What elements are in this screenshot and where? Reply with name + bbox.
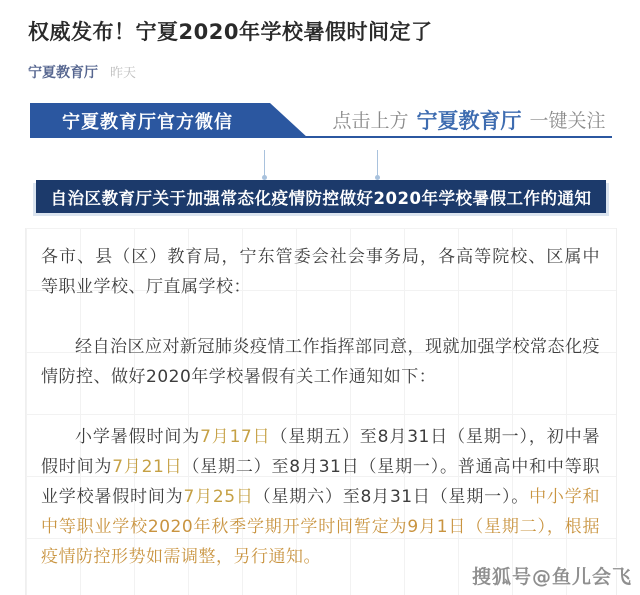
watermark: 搜狐号@鱼儿会飞 — [472, 562, 632, 589]
pin-line-left — [264, 150, 265, 177]
author-link[interactable]: 宁夏教育厅 — [28, 62, 98, 82]
pin-line-right — [377, 150, 378, 177]
notice-heading-bar: 自治区教育厅关于加强常态化疫情防控做好2020年学校暑假工作的通知 — [36, 180, 606, 213]
publish-time: 昨天 — [110, 62, 136, 81]
notice-body: 各市、县（区）教育局，宁东管委会社会事务局，各高等院校、区属中等职业学校、厅直属… — [25, 228, 617, 595]
text-segment: 小学暑假时间为 — [75, 427, 200, 447]
text-segment: 7月21日 — [112, 457, 182, 477]
text-segment: 7月25日 — [183, 487, 253, 507]
banner-cta-suffix: 一键关注 — [530, 106, 606, 133]
text-segment: 7月17日 — [200, 427, 270, 447]
text-segment: （星期六）至8月31日（星期一）。 — [254, 487, 529, 507]
text-segment: 经自治区应对新冠肺炎疫情工作指挥部同意，现就加强学校常态化疫情防控、做好2020… — [41, 337, 600, 387]
article-header: 权威发布！宁夏2020年学校暑假时间定了 宁夏教育厅 昨天 — [28, 18, 612, 82]
notice-paragraph: 小学暑假时间为7月17日（星期五）至8月31日（星期一），初中暑假时间为7月21… — [41, 422, 600, 572]
wechat-banner: 宁夏教育厅官方微信 点击上方 宁夏教育厅 一键关注 — [30, 103, 612, 138]
notice-paragraph: 各市、县（区）教育局，宁东管委会社会事务局，各高等院校、区属中等职业学校、厅直属… — [41, 242, 600, 302]
notice-heading: 自治区教育厅关于加强常态化疫情防控做好2020年学校暑假工作的通知 — [51, 185, 592, 209]
banner-cta-prefix: 点击上方 — [332, 106, 408, 133]
banner-ribbon-label: 宁夏教育厅官方微信 — [62, 108, 233, 134]
page-title: 权威发布！宁夏2020年学校暑假时间定了 — [28, 18, 612, 46]
banner-ribbon: 宁夏教育厅官方微信 — [30, 103, 308, 138]
banner-cta-account: 宁夏教育厅 — [417, 105, 522, 135]
text-segment: 各市、县（区）教育局，宁东管委会社会事务局，各高等院校、区属中等职业学校、厅直属… — [41, 247, 600, 297]
byline: 宁夏教育厅 昨天 — [28, 62, 612, 82]
notice-paragraph: 经自治区应对新冠肺炎疫情工作指挥部同意，现就加强学校常态化疫情防控、做好2020… — [41, 332, 600, 392]
banner-cta: 点击上方 宁夏教育厅 一键关注 — [326, 103, 612, 136]
